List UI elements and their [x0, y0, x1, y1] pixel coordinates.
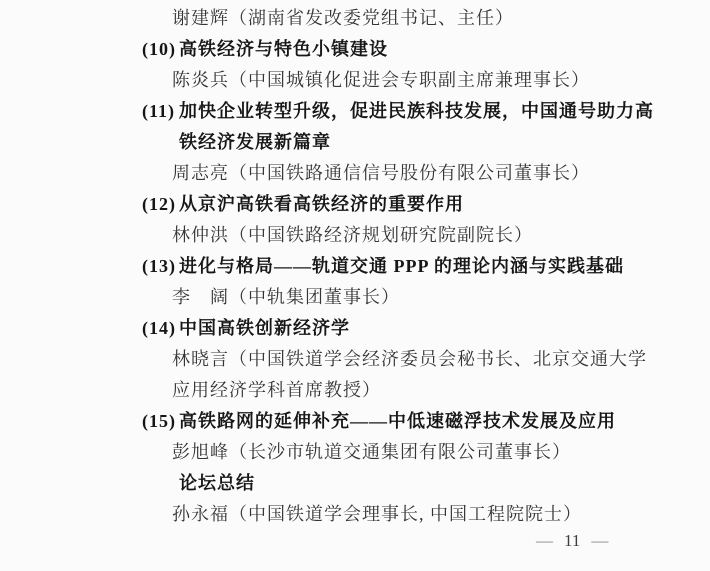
- document-page: 谢建辉（湖南省发改委党组书记、主任）(10)高铁经济与特色小镇建设陈炎兵（中国城…: [0, 0, 710, 571]
- item-title-text: 进化与格局——轨道交通 PPP 的理论内涵与实践基础: [179, 256, 624, 276]
- speaker-line-continuation: 应用经济学科首席教授）: [0, 375, 710, 406]
- page-number: —11—: [536, 530, 608, 552]
- speaker-line: 谢建辉（湖南省发改委党组书记、主任）: [0, 3, 710, 34]
- agenda-item-title: (10)高铁经济与特色小镇建设: [0, 34, 710, 65]
- speaker-line: 林晓言（中国铁道学会经济委员会秘书长、北京交通大学: [0, 344, 710, 375]
- item-number: (13): [142, 251, 179, 282]
- item-title-text: 从京沪高铁看高铁经济的重要作用: [179, 194, 464, 214]
- item-title-text: 高铁路网的延伸补充——中低速磁浮技术发展及应用: [179, 411, 616, 431]
- speaker-line: 彭旭峰（长沙市轨道交通集团有限公司董事长）: [0, 437, 710, 468]
- item-number: (15): [142, 406, 179, 437]
- agenda-item-title: (14)中国高铁创新经济学: [0, 313, 710, 344]
- page-number-value: 11: [564, 531, 580, 550]
- item-number: (10): [142, 34, 179, 65]
- agenda-item-title: (15)高铁路网的延伸补充——中低速磁浮技术发展及应用: [0, 406, 710, 437]
- item-number: (11): [142, 96, 179, 127]
- page-number-right-dash: —: [591, 531, 608, 550]
- section-heading: 论坛总结: [0, 468, 710, 499]
- item-title-text: 加快企业转型升级，促进民族科技发展，中国通号助力高: [179, 101, 654, 121]
- agenda-item-title: (13)进化与格局——轨道交通 PPP 的理论内涵与实践基础: [0, 251, 710, 282]
- item-number: (14): [142, 313, 179, 344]
- item-title-text: 中国高铁创新经济学: [179, 318, 350, 338]
- agenda-item-title: (11)加快企业转型升级，促进民族科技发展，中国通号助力高: [0, 96, 710, 127]
- speaker-line: 周志亮（中国铁路通信信号股份有限公司董事长）: [0, 158, 710, 189]
- agenda-item-title-continuation: 铁经济发展新篇章: [0, 127, 710, 158]
- item-title-text: 高铁经济与特色小镇建设: [179, 39, 388, 59]
- page-number-left-dash: —: [536, 531, 553, 550]
- speaker-line: 林仲洪（中国铁路经济规划研究院副院长）: [0, 220, 710, 251]
- agenda-list: 谢建辉（湖南省发改委党组书记、主任）(10)高铁经济与特色小镇建设陈炎兵（中国城…: [0, 3, 710, 530]
- item-number: (12): [142, 189, 179, 220]
- speaker-line: 孙永福（中国铁道学会理事长, 中国工程院院士）: [0, 499, 710, 530]
- speaker-line: 李 阔（中轨集团董事长）: [0, 282, 710, 313]
- speaker-line: 陈炎兵（中国城镇化促进会专职副主席兼理事长）: [0, 65, 710, 96]
- agenda-item-title: (12)从京沪高铁看高铁经济的重要作用: [0, 189, 710, 220]
